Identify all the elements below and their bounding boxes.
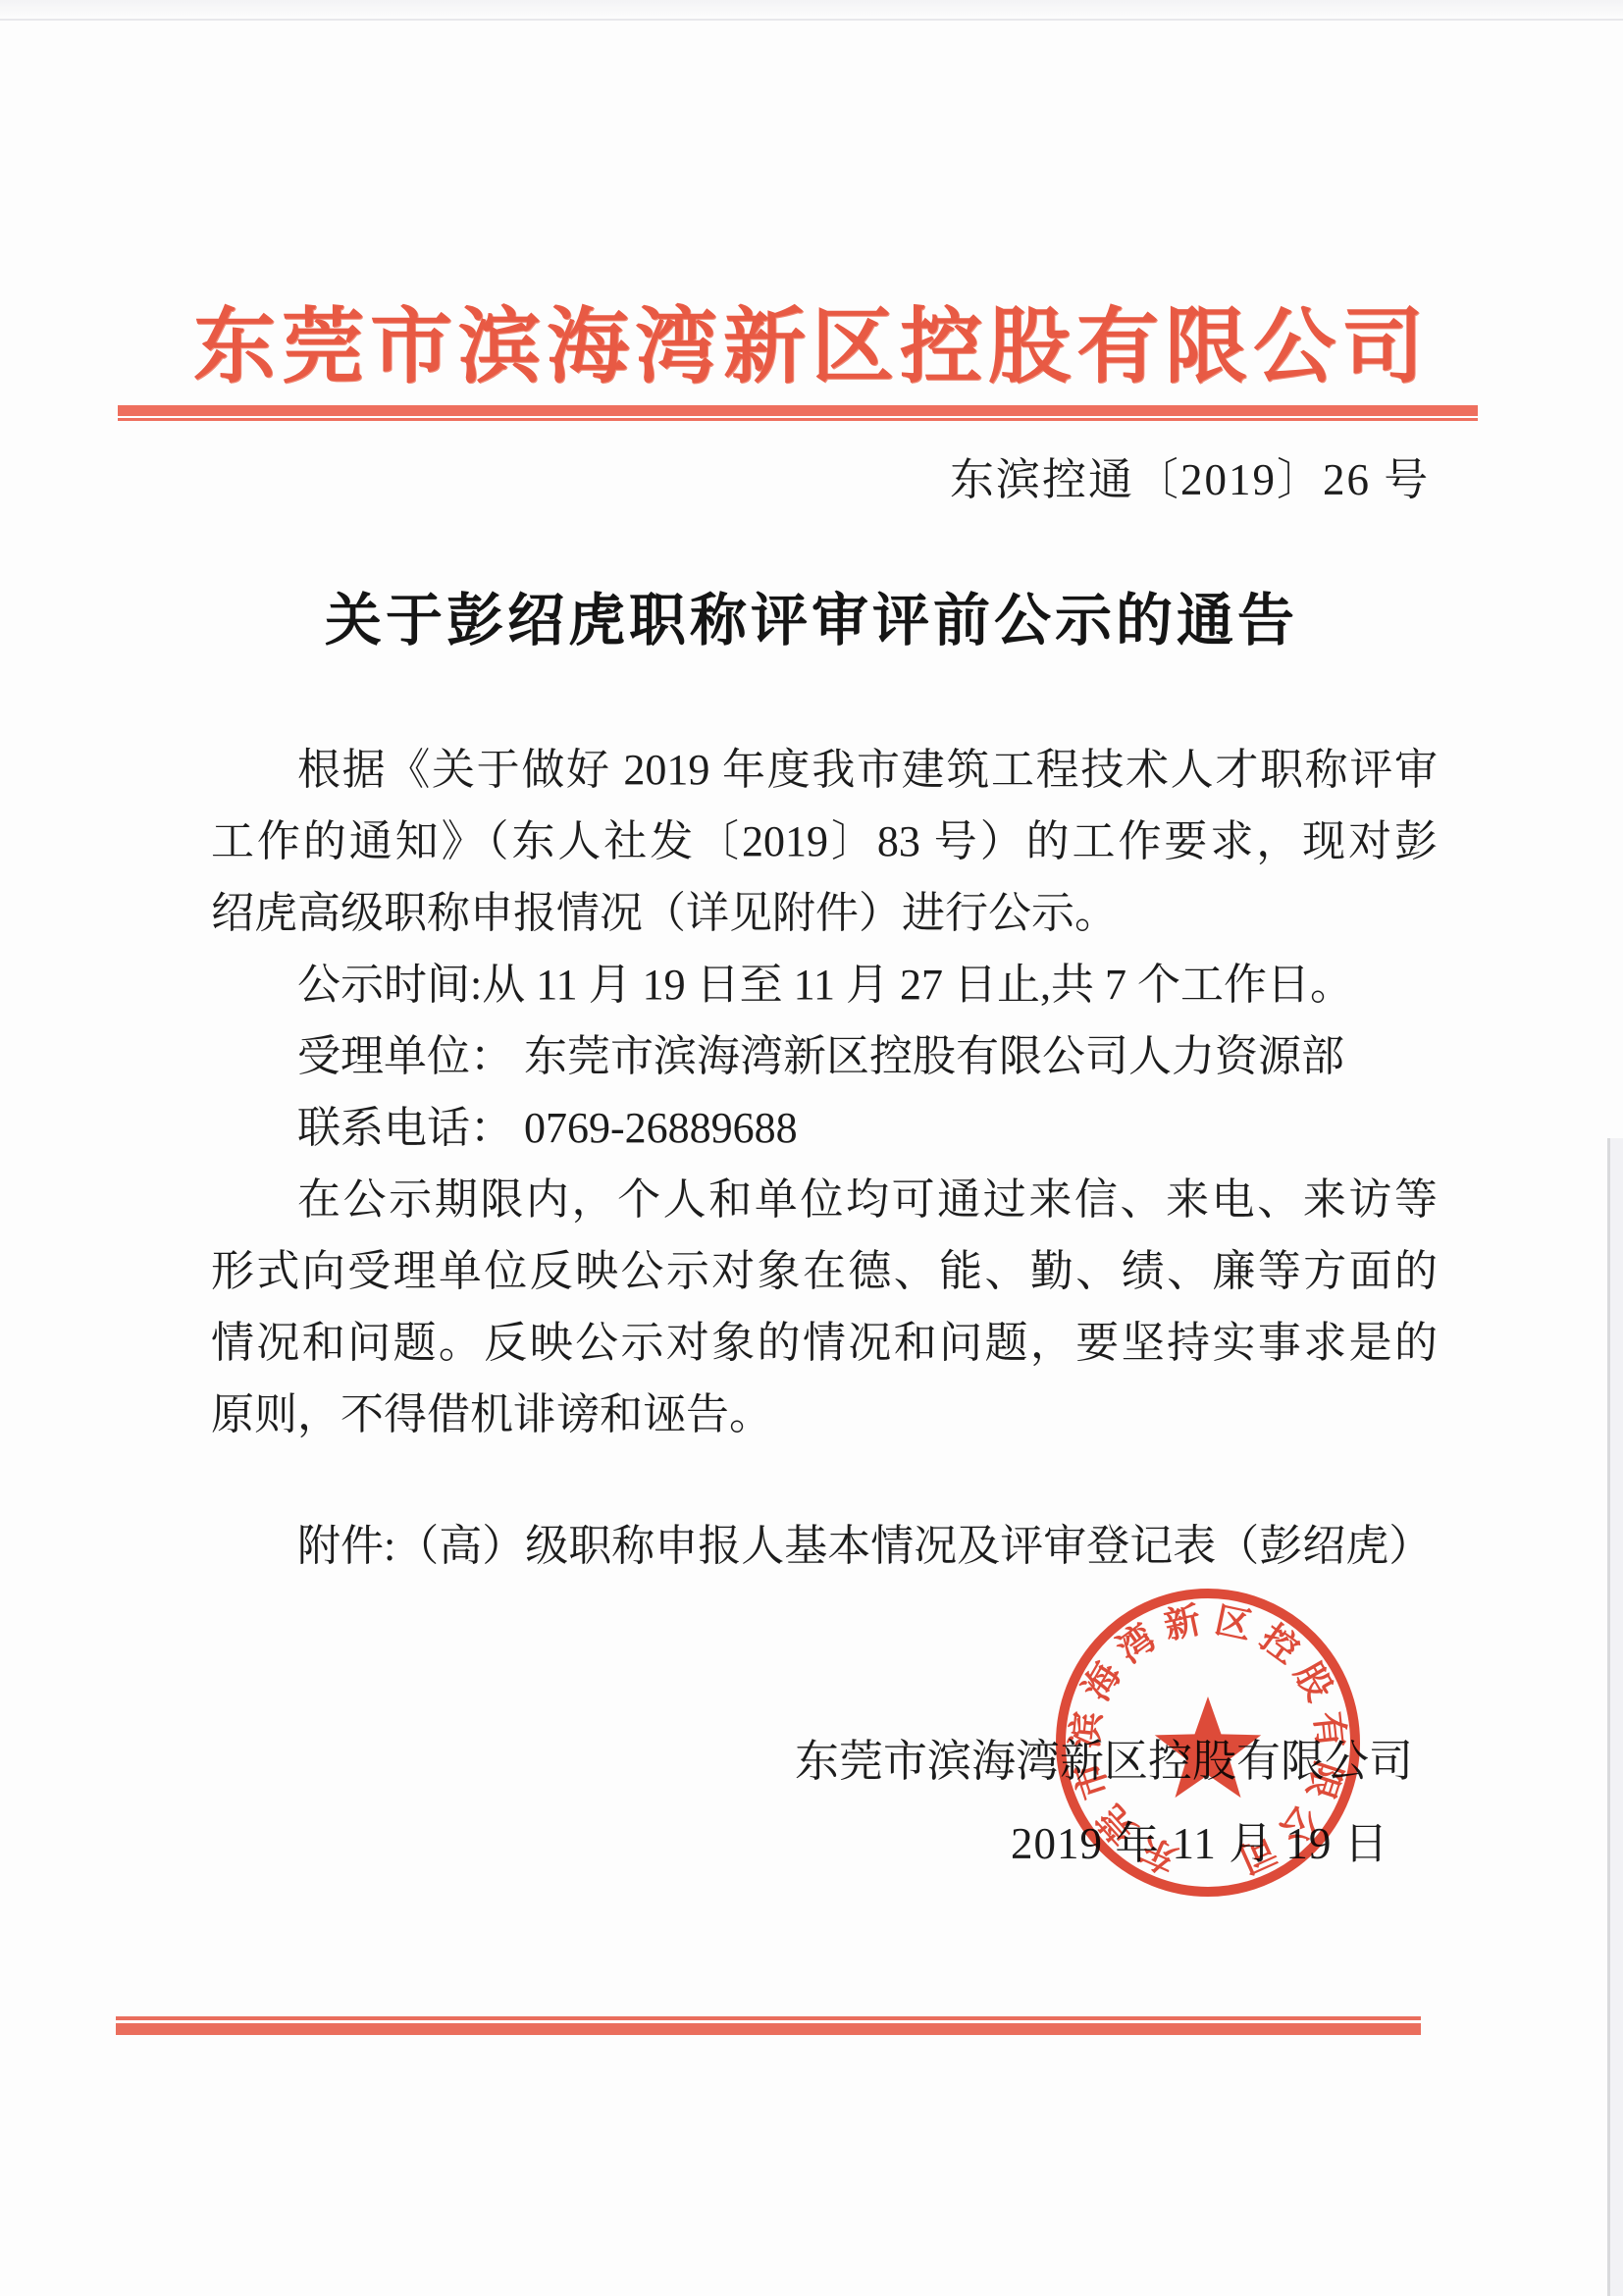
doc-number: 东滨控通〔2019〕26 号	[950, 444, 1430, 507]
seal-character: 新	[1161, 1599, 1205, 1647]
body-line: 受理单位： 东莞市滨海湾新区控股有限公司人力资源部	[211, 1020, 1438, 1092]
footer-divider-line	[116, 2016, 1421, 2035]
scan-top-shade	[0, 0, 1623, 21]
seal-character: 滨	[1065, 1709, 1110, 1749]
body-paragraph: 附件:（高）级职称申报人基本情况及评审登记表（彭绍虎）	[211, 1510, 1438, 1582]
body-paragraph: 受理单位： 东莞市滨海湾新区控股有限公司人力资源部	[211, 1020, 1438, 1092]
scan-page-edge-shade	[1610, 1138, 1623, 2296]
body-line: 联系电话： 0769-26889688	[211, 1092, 1438, 1164]
body-line: 情况和问题。反映公示对象的情况和问题，要坚持实事求是的	[211, 1307, 1438, 1379]
official-notice-page: 东莞市滨海湾新区控股有限公司 东滨控通〔2019〕26 号 关于彭绍虎职称评审评…	[0, 0, 1623, 2296]
company-seal-graphic: 东莞市滨海湾新区控股有限公司	[1041, 1576, 1375, 1909]
letterhead-org-name: 东莞市滨海湾新区控股有限公司	[0, 281, 1623, 399]
seal-character: 区	[1211, 1600, 1255, 1647]
seal-character: 有	[1307, 1709, 1352, 1749]
company-seal: 东莞市滨海湾新区控股有限公司	[1041, 1576, 1375, 1909]
body-line: 形式向受理单位反映公示对象在德、能、勤、绩、廉等方面的	[211, 1235, 1438, 1307]
body-paragraph: 联系电话： 0769-26889688	[211, 1092, 1438, 1164]
seal-star-icon	[1155, 1696, 1261, 1798]
body-line: 工作的通知》（东人社发〔2019〕83 号）的工作要求，现对彭	[211, 806, 1438, 877]
notice-body: 根据《关于做好 2019 年度我市建筑工程技术人才职称评审工作的通知》（东人社发…	[211, 734, 1438, 1582]
body-paragraph: 在公示期限内，个人和单位均可通过来信、来电、来访等形式向受理单位反映公示对象在德…	[211, 1164, 1438, 1450]
letterhead-divider-line	[118, 405, 1478, 421]
body-line: 在公示期限内，个人和单位均可通过来信、来电、来访等	[211, 1164, 1438, 1235]
body-line: 公示时间:从 11 月 19 日至 11 月 27 日止,共 7 个工作日。	[211, 949, 1438, 1020]
body-line: 根据《关于做好 2019 年度我市建筑工程技术人才职称评审	[211, 734, 1438, 806]
body-paragraph: 根据《关于做好 2019 年度我市建筑工程技术人才职称评审工作的通知》（东人社发…	[211, 734, 1438, 949]
body-line: 绍虎高级职称申报情况（详见附件）进行公示。	[211, 877, 1438, 949]
body-paragraph: 公示时间:从 11 月 19 日至 11 月 27 日止,共 7 个工作日。	[211, 949, 1438, 1020]
body-line: 原则，不得借机诽谤和诬告。	[211, 1379, 1438, 1450]
notice-title: 关于彭绍虎职称评审评前公示的通告	[0, 574, 1623, 656]
body-line: 附件:（高）级职称申报人基本情况及评审登记表（彭绍虎）	[211, 1510, 1438, 1582]
